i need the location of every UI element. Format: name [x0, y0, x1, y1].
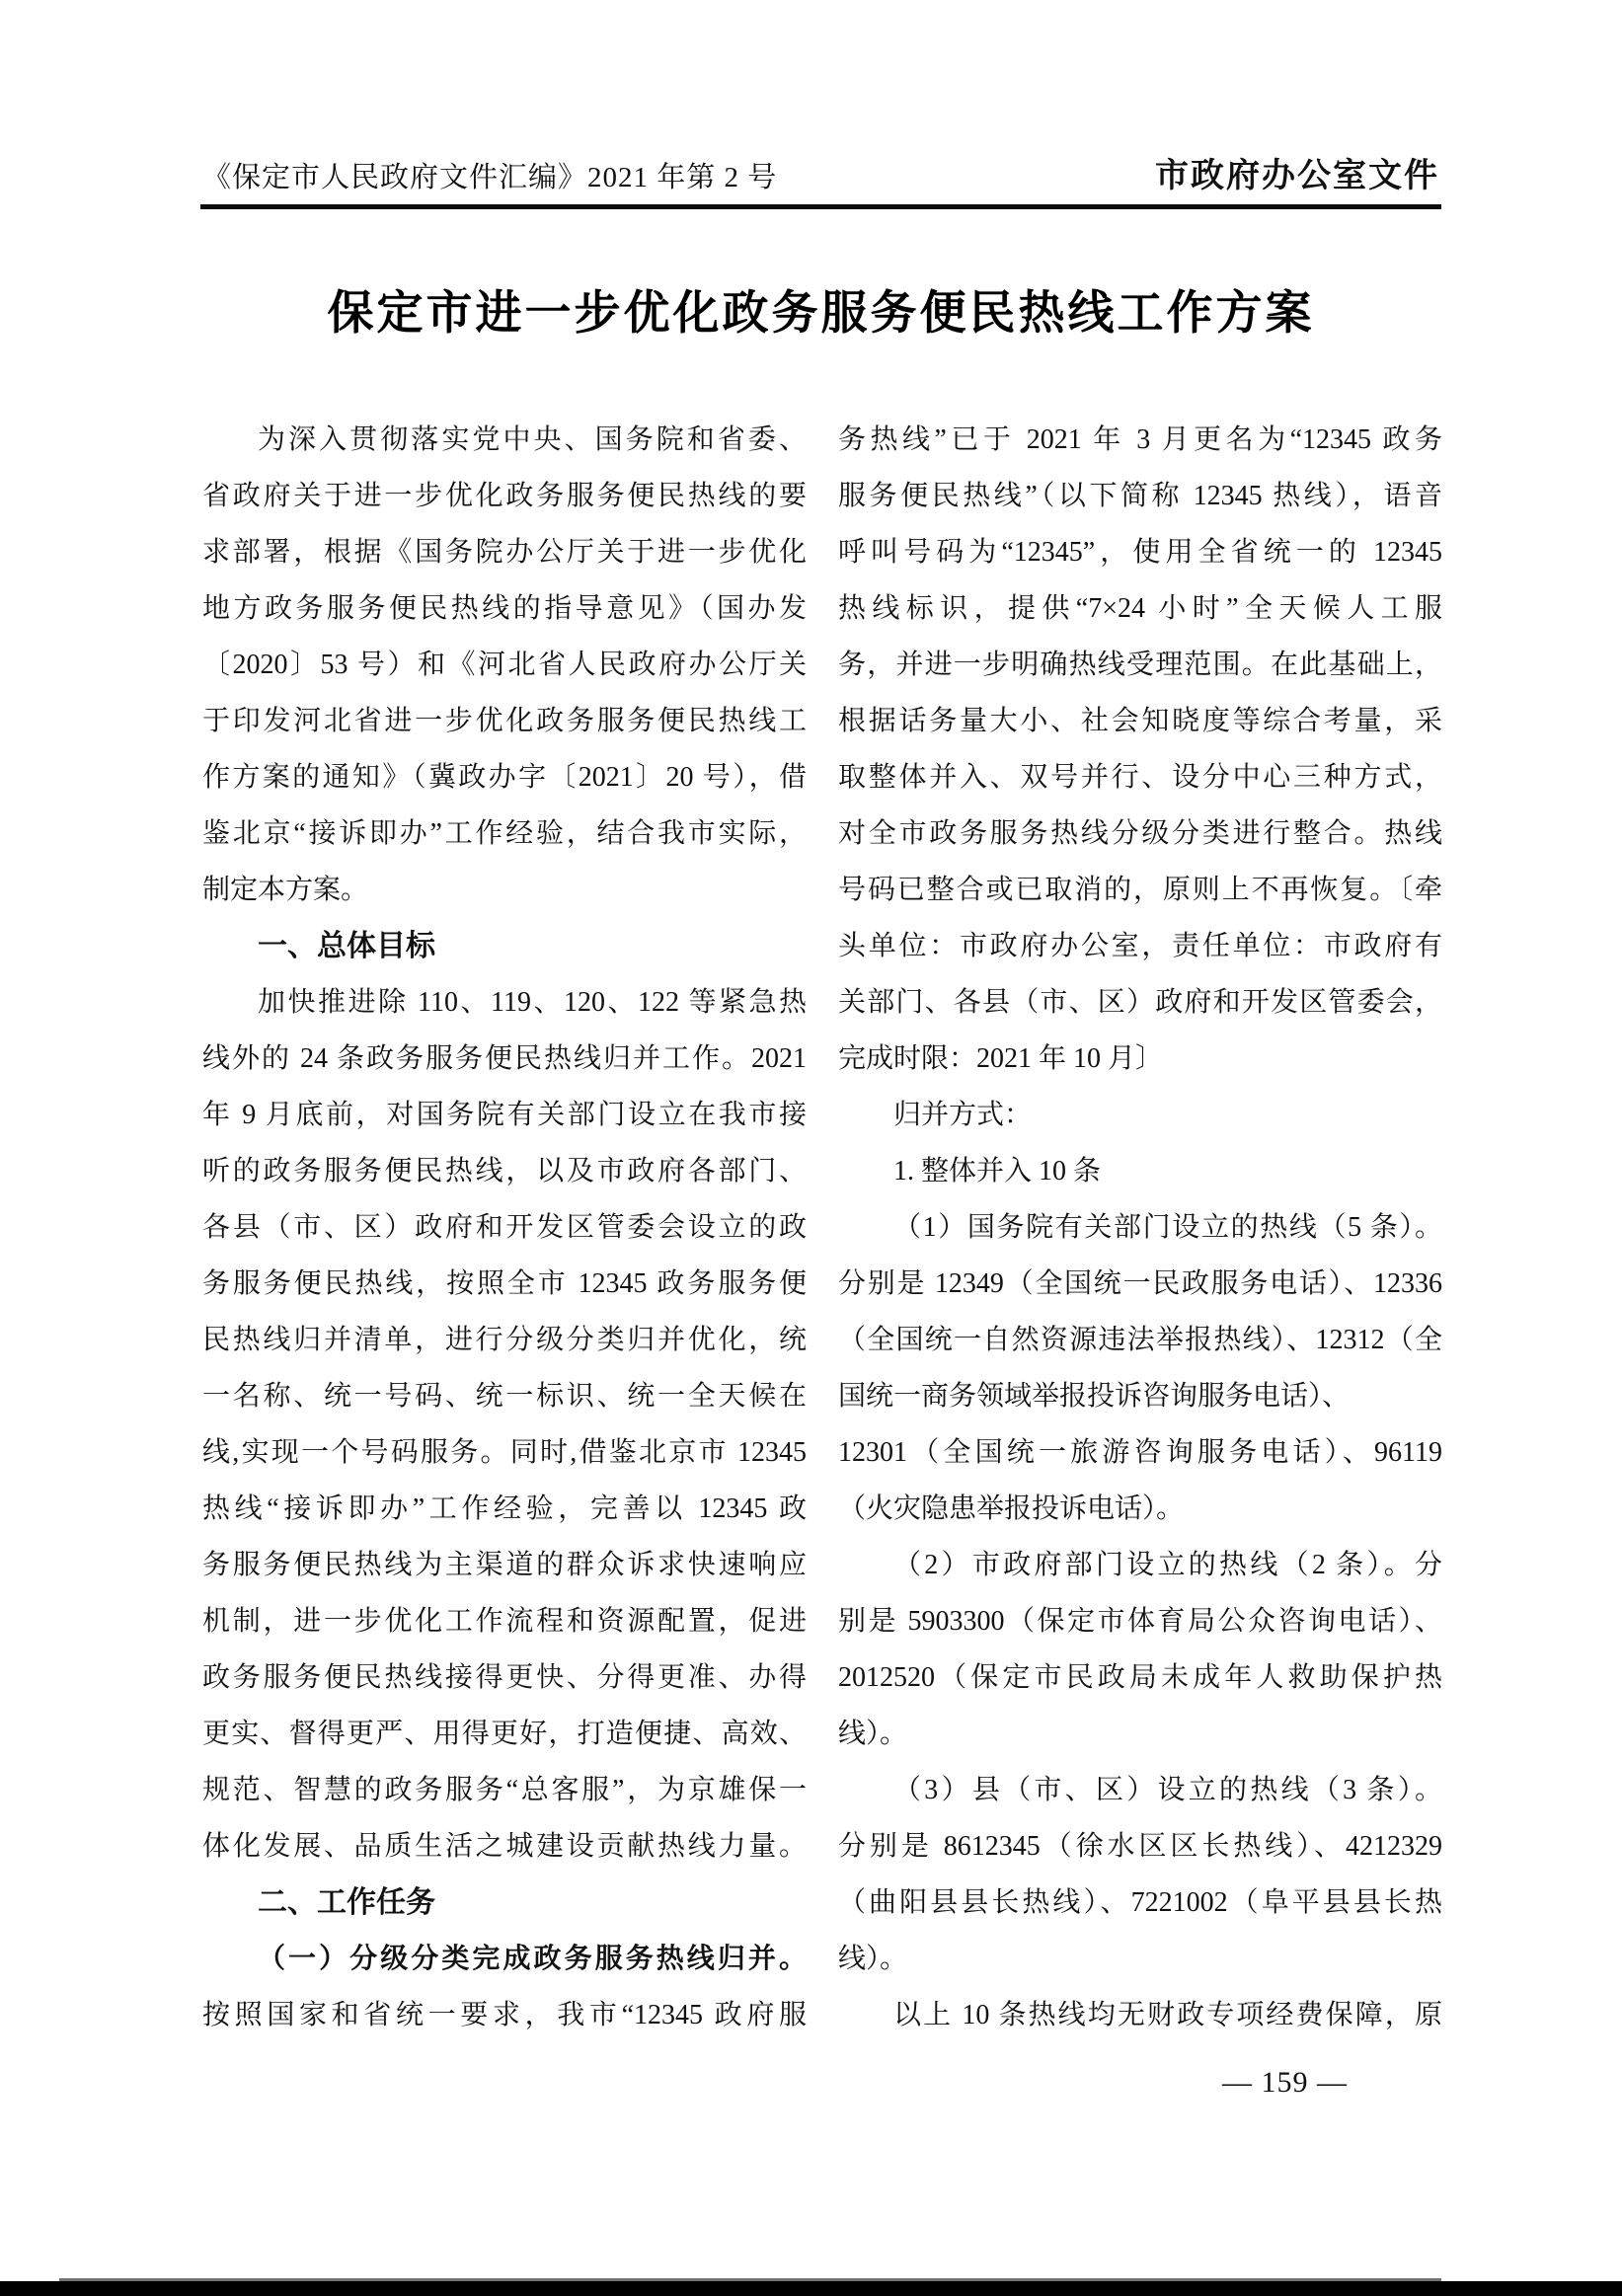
- text-line: 作方案的通知》（冀政办字〔2021〕20 号），借: [202, 749, 807, 805]
- text-line: 鉴北京“接诉即办”工作经验，结合我市实际，: [202, 805, 807, 862]
- header-doc-type: 市政府办公室文件: [1155, 154, 1439, 197]
- text-line: 别是 5903300（保定市体育局公众咨询电话）、: [838, 1593, 1442, 1649]
- page-header: 《保定市人民政府文件汇编》2021 年第 2 号 市政府办公室文件: [202, 154, 1439, 199]
- text-line: 〔2020〕53 号）和《河北省人民政府办公厅关: [202, 637, 807, 693]
- document-title: 保定市进一步优化政务服务便民热线工作方案: [202, 276, 1439, 343]
- text-line: 取整体并入、双号并行、设分中心三种方式，: [838, 749, 1442, 805]
- header-rule: [200, 204, 1441, 209]
- text-line: 加快推进除 110、119、120、122 等紧急热: [202, 974, 807, 1031]
- text-line: 呼叫号码为“12345”，使用全省统一的 12345: [838, 524, 1442, 580]
- text-line: 体化发展、品质生活之城建设贡献热线力量。: [202, 1818, 807, 1875]
- text-line: 更实、督得更严、用得更好，打造便捷、高效、: [202, 1706, 807, 1762]
- section-heading: 二、工作任务: [202, 1875, 807, 1931]
- text-line: 省政府关于进一步优化政务服务便民热线的要: [202, 468, 807, 524]
- text-line: 线）。: [838, 1931, 1442, 1987]
- text-line: （1）国务院有关部门设立的热线（5 条）。: [838, 1199, 1442, 1256]
- document-page: 《保定市人民政府文件汇编》2021 年第 2 号 市政府办公室文件 保定市进一步…: [0, 0, 1622, 2296]
- text-line: 根据话务量大小、社会知晓度等综合考量，采: [838, 693, 1442, 749]
- text-line: 线外的 24 条政务服务便民热线归并工作。2021: [202, 1031, 807, 1087]
- text-line: （一）分级分类完成政务服务热线归并。: [202, 1931, 807, 1987]
- text-line: 听的政务服务便民热线，以及市政府各部门、: [202, 1143, 807, 1199]
- text-line: 1. 整体并入 10 条: [838, 1143, 1442, 1199]
- text-line: 国统一商务领域举报投诉咨询服务电话）、: [838, 1368, 1442, 1424]
- text-line: 于印发河北省进一步优化政务服务便民热线工: [202, 693, 807, 749]
- text-line: 地方政务服务便民热线的指导意见》（国办发: [202, 580, 807, 637]
- section-heading: 一、总体目标: [202, 918, 807, 974]
- text-line: 以上 10 条热线均无财政专项经费保障，原: [838, 1987, 1442, 2043]
- text-line: （曲阳县县长热线）、7221002（阜平县县长热: [838, 1875, 1442, 1931]
- text-line: 号码已整合或已取消的，原则上不再恢复。〔牵: [838, 862, 1442, 918]
- text-line: 2012520（保定市民政局未成年人救助保护热: [838, 1649, 1442, 1706]
- text-line: 制定本方案。: [202, 862, 807, 918]
- text-line: 热线“接诉即办”工作经验，完善以 12345 政: [202, 1481, 807, 1537]
- left-column: 为深入贯彻落实党中央、国务院和省委、省政府关于进一步优化政务服务便民热线的要求部…: [202, 412, 807, 2043]
- text-line: 对全市政务服务热线分级分类进行整合。热线: [838, 805, 1442, 862]
- text-line: 按照国家和省统一要求，我市“12345 政府服: [202, 1987, 807, 2043]
- text-line: （2）市政府部门设立的热线（2 条）。分: [838, 1537, 1442, 1593]
- text-line: 民热线归并清单，进行分级分类归并优化，统: [202, 1312, 807, 1368]
- page-number: — 159 —: [1222, 2065, 1348, 2101]
- text-line: 年 9 月底前，对国务院有关部门设立在我市接: [202, 1087, 807, 1143]
- text-line: 机制，进一步优化工作流程和资源配置，促进: [202, 1593, 807, 1649]
- text-line: 热线标识，提供“7×24 小时”全天候人工服: [838, 580, 1442, 637]
- text-line: 线,实现一个号码服务。同时,借鉴北京市 12345: [202, 1424, 807, 1481]
- text-line: 务服务便民热线为主渠道的群众诉求快速响应: [202, 1537, 807, 1593]
- text-line: （火灾隐患举报投诉电话）。: [838, 1481, 1442, 1537]
- text-line: （全国统一自然资源违法举报热线）、12312（全: [838, 1312, 1442, 1368]
- text-line: 务热线”已于 2021 年 3 月更名为“12345 政务: [838, 412, 1442, 468]
- text-line: 头单位：市政府办公室，责任单位：市政府有: [838, 918, 1442, 974]
- text-line: 分别是 8612345（徐水区区长热线）、4212329: [838, 1818, 1442, 1875]
- text-line: 一名称、统一号码、统一标识、统一全天候在: [202, 1368, 807, 1424]
- text-line: 分别是 12349（全国统一民政服务电话）、12336: [838, 1256, 1442, 1312]
- header-publication: 《保定市人民政府文件汇编》2021 年第 2 号: [202, 156, 777, 199]
- text-line: 各县（市、区）政府和开发区管委会设立的政: [202, 1199, 807, 1256]
- text-line: 务，并进一步明确热线受理范围。在此基础上，: [838, 637, 1442, 693]
- text-line: 关部门、各县（市、区）政府和开发区管委会，: [838, 974, 1442, 1031]
- text-line: 线）。: [838, 1706, 1442, 1762]
- text-line: 求部署，根据《国务院办公厅关于进一步优化: [202, 524, 807, 580]
- text-line: 服务便民热线”（以下简称 12345 热线），语音: [838, 468, 1442, 524]
- right-column: 务热线”已于 2021 年 3 月更名为“12345 政务服务便民热线”（以下简…: [838, 412, 1442, 2043]
- text-line: 务服务便民热线，按照全市 12345 政务服务便: [202, 1256, 807, 1312]
- scan-edge-artifact: [0, 2281, 1622, 2296]
- text-line: 为深入贯彻落实党中央、国务院和省委、: [202, 412, 807, 468]
- text-line: 完成时限：2021 年 10 月〕: [838, 1031, 1442, 1087]
- text-line: （3）县（市、区）设立的热线（3 条）。: [838, 1762, 1442, 1818]
- text-line: 规范、智慧的政务服务“总客服”，为京雄保一: [202, 1762, 807, 1818]
- text-line: 归并方式：: [838, 1087, 1442, 1143]
- text-line: 政务服务便民热线接得更快、分得更准、办得: [202, 1649, 807, 1706]
- text-line: 12301（全国统一旅游咨询服务电话）、96119: [838, 1424, 1442, 1481]
